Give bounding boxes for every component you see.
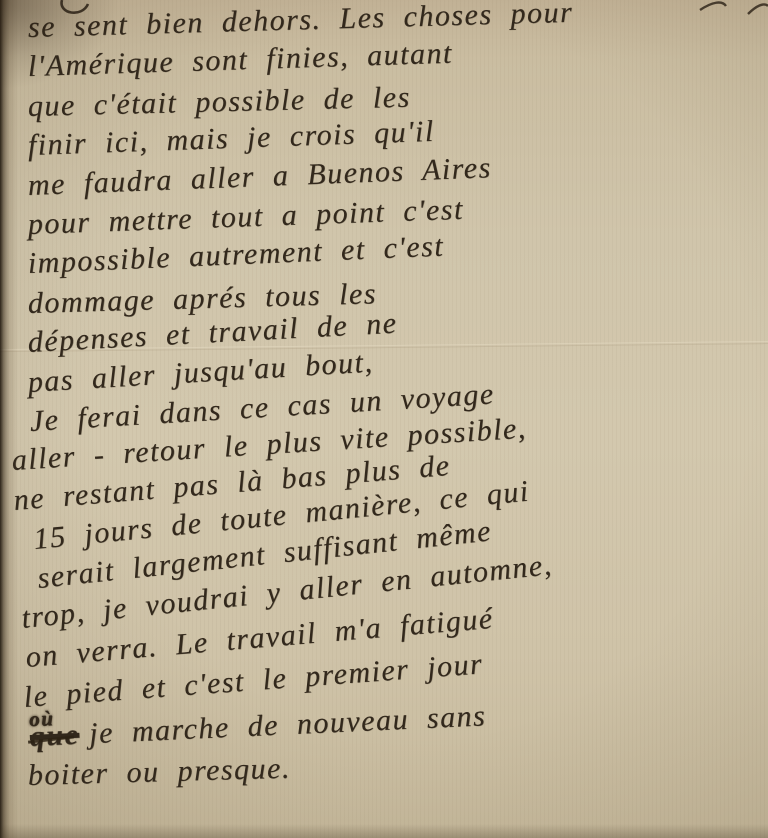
letter-body: se sent bien dehors. Les choses pourl'Am… <box>28 8 764 796</box>
page-edge-shadow-bottom <box>0 824 768 838</box>
struck-word: que <box>29 718 80 753</box>
handwritten-correction: oùque <box>29 715 80 756</box>
letter-page: se sent bien dehors. Les choses pourl'Am… <box>0 0 768 838</box>
page-edge-shadow-left <box>0 0 20 838</box>
